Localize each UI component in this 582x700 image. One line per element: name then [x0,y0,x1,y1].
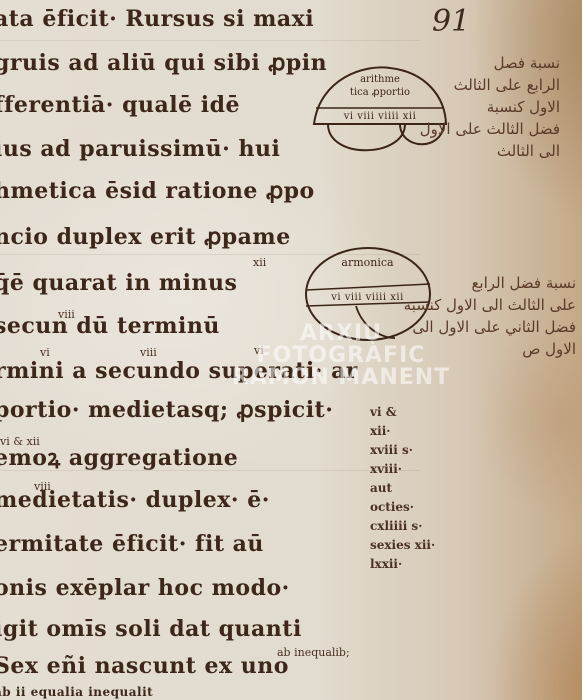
arabic-note-line: الى الثالث [420,140,560,162]
text-line: onis exēplar hoc modo· [0,575,290,601]
arabic-marginal-note-upper: نسبة فصلالرابع على الثالثالاول كنسبةفضل … [420,52,560,162]
arabic-note-line: فضل الثالث على الاول [420,118,560,140]
watermark: ARXIU FOTOGRÀFIC RAMON MANENT [226,323,456,389]
margin-calculation-notes: vi &xii·xviii s·xviii·autocties·cxliiii … [370,403,435,574]
watermark-line: RAMON MANENT [226,367,456,389]
margin-note-line: xviii· [370,460,435,479]
arabic-note-line: الاول كنسبة [420,96,560,118]
text-line: ata ēficit· Rursus si maxi [0,6,314,32]
margin-note-line: cxliiii s· [370,517,435,536]
interlinear-gloss: viii [34,480,51,493]
text-line: ius ad paruissimū· hui [0,136,280,162]
interlinear-gloss: viii [140,346,157,359]
manuscript-page: ata ēficit· Rursus si maxigruis ad aliū … [0,0,582,700]
interlinear-gloss: viii [58,308,75,321]
text-line: Sex eñi nascunt ex uno [0,653,289,679]
interlinear-gloss: vi & xii [0,435,40,448]
text-line: portio· medietasq; ꝓspicit· [0,397,333,423]
text-line: ermitate ēficit· fit aū [0,531,264,557]
margin-note-line: octies· [370,498,435,517]
margin-note-line: xviii s· [370,441,435,460]
margin-note-line: lxxii· [370,555,435,574]
folio-number: 91 [432,4,470,39]
margin-note-line: vi & [370,403,435,422]
interlinear-gloss: vi [40,346,50,359]
arabic-note-line: الرابع على الثالث [420,74,560,96]
arabic-note-line: نسبة فصل [420,52,560,74]
diagram-label: armonica [300,256,435,269]
arabic-note-line: نسبة فضل الرابع [404,272,576,294]
text-line: ncio duplex erit ꝓpame [0,224,291,250]
text-line: igit omīs soli dat quanti [0,616,302,642]
text-line: secun dū terminū [0,313,220,339]
interlinear-gloss: xii [253,256,266,269]
text-line: ab ii equalia inequalit [0,685,153,699]
text-line: q̄ē quarat in minus [0,270,237,296]
text-line: fferentiā· qualē idē [0,92,240,118]
ruling-line [0,40,420,41]
text-line: hmetica ēsid ratione ꝓpo [0,178,315,204]
watermark-line: ARXIU FOTOGRÀFIC [226,323,456,367]
margin-note-line: xii· [370,422,435,441]
arabic-note-line: على الثالث الى الاول كنسبة [404,294,576,316]
margin-note-line: aut [370,479,435,498]
interlinear-gloss: ab inequalib; [277,646,350,659]
margin-note-line: sexies xii· [370,536,435,555]
text-line: gruis ad aliū qui sibi ꝓpin [0,50,327,76]
